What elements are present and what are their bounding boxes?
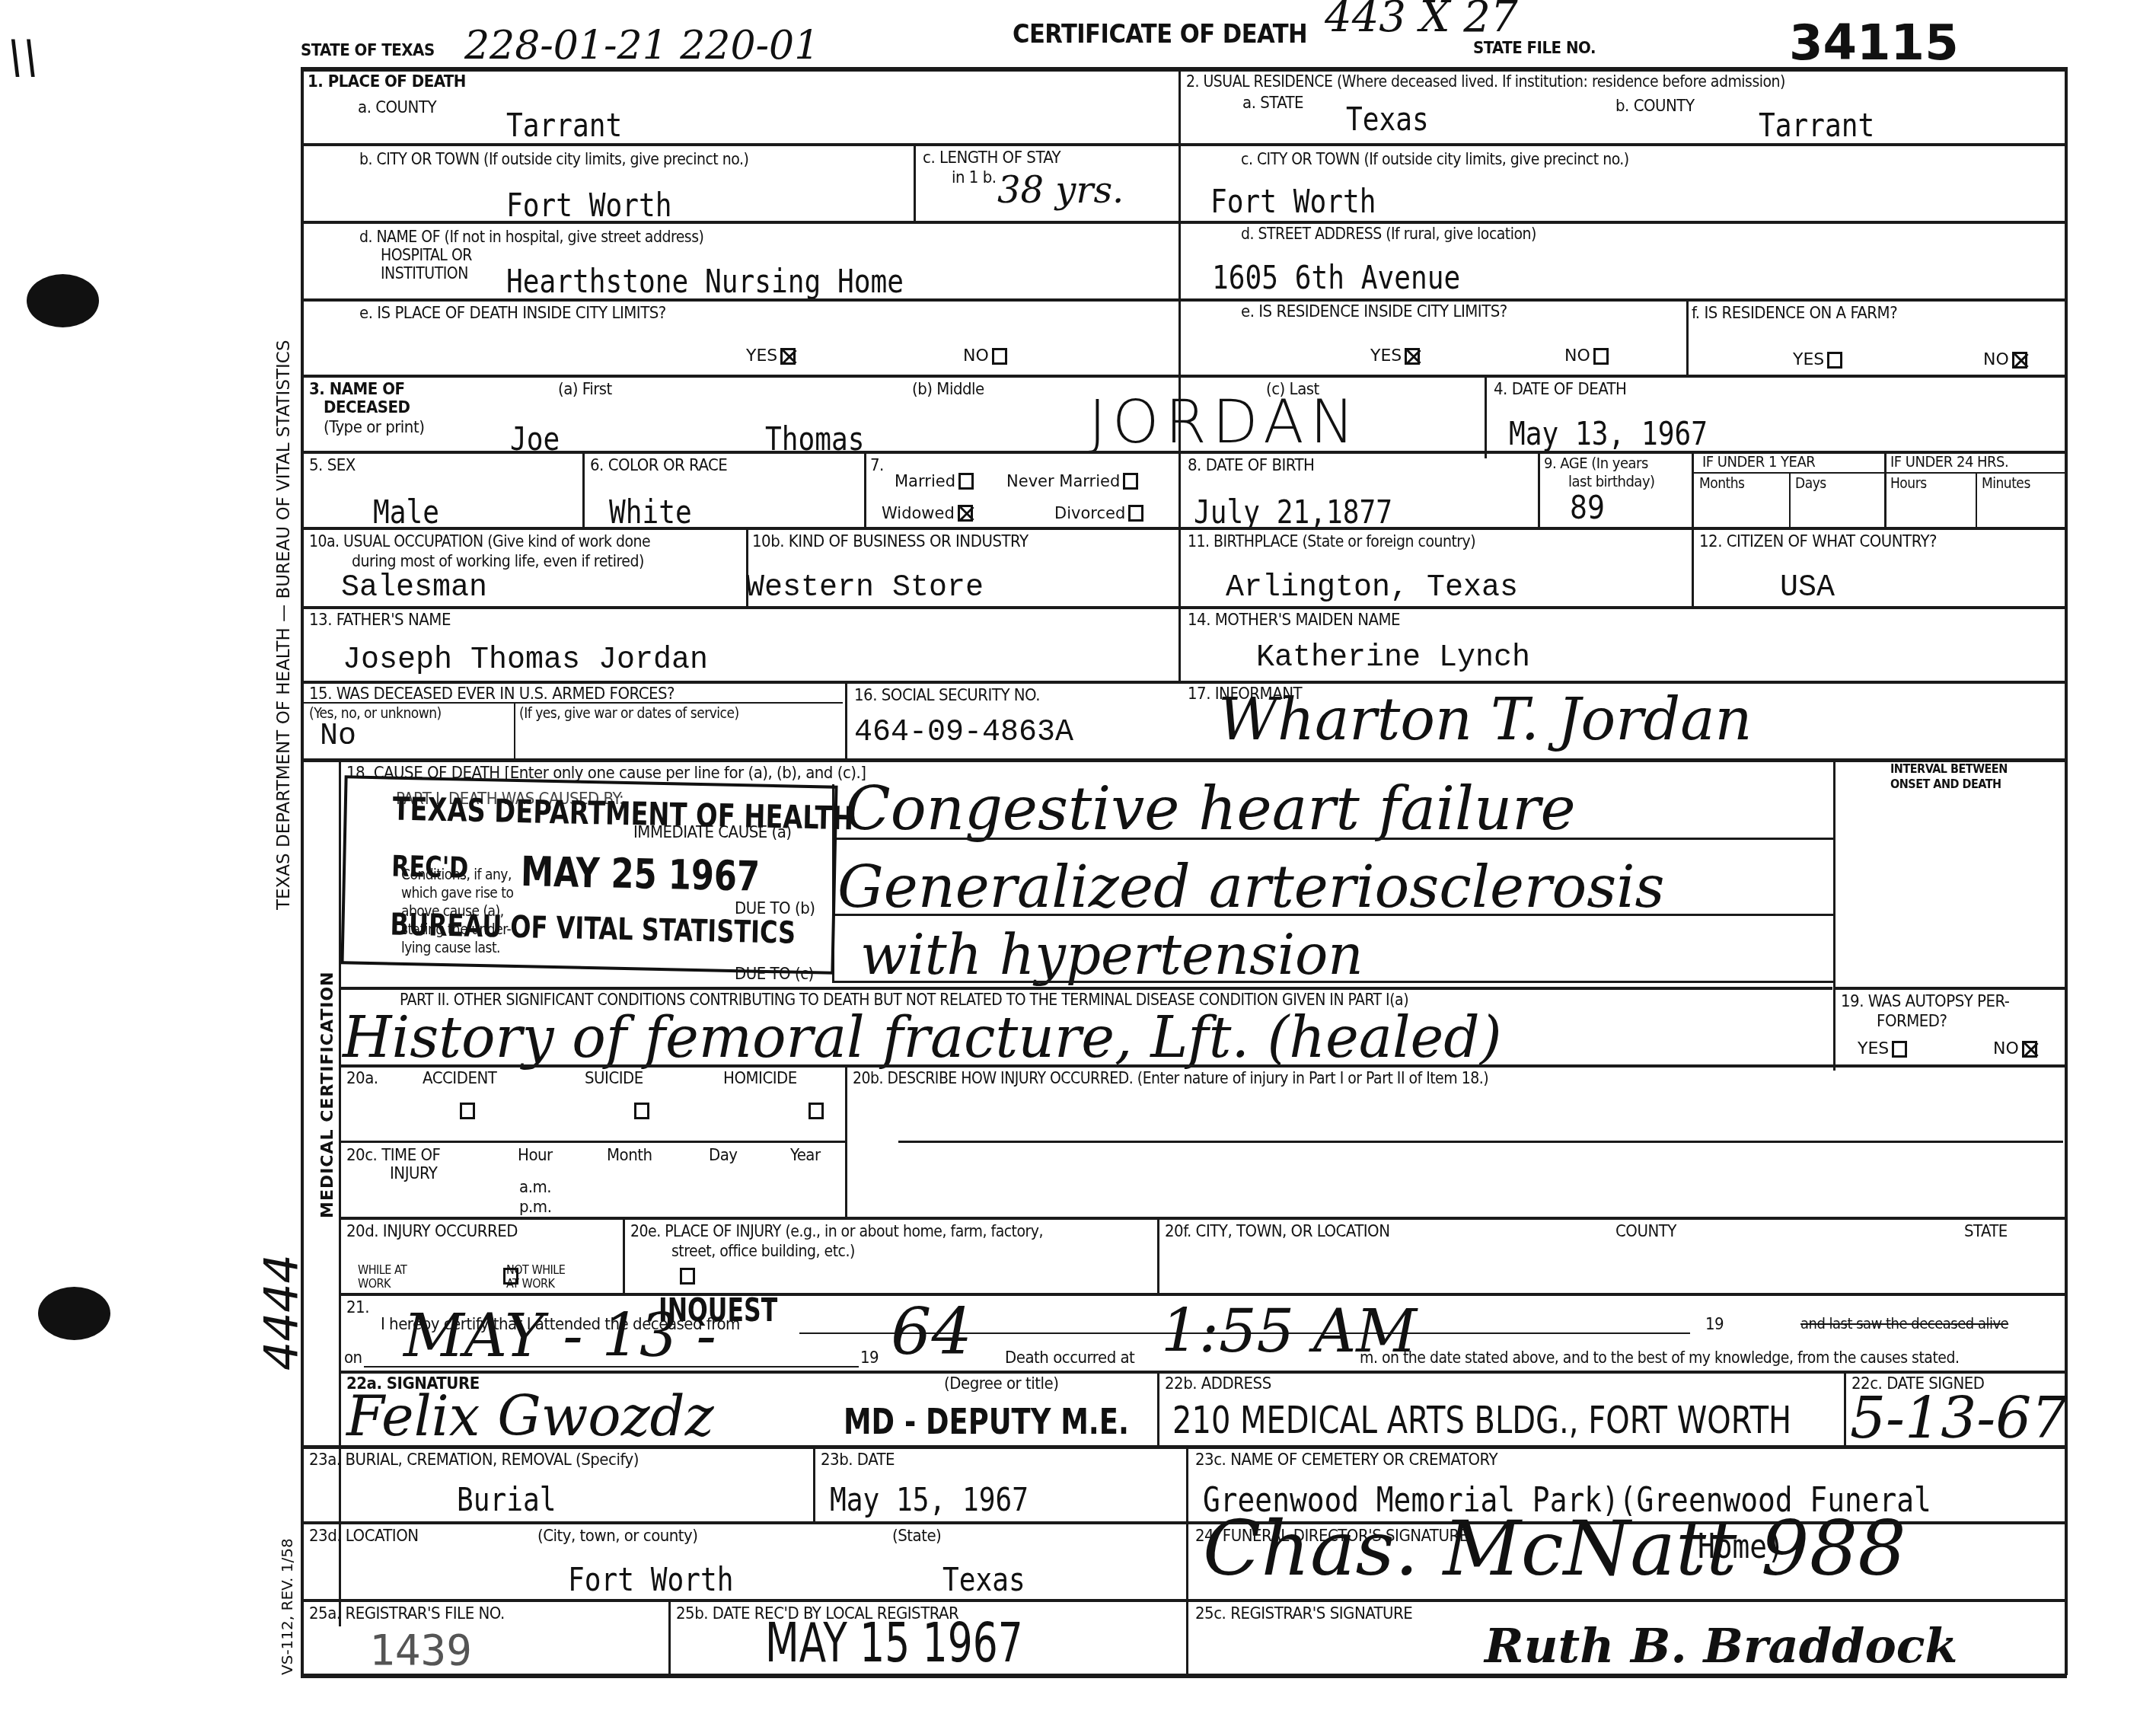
- rule-armed: [302, 702, 843, 704]
- father-name: Joseph Thomas Jordan: [343, 643, 708, 678]
- farm-yes[interactable]: YES: [1793, 350, 1842, 369]
- while-at-work-label-2: WORK: [358, 1278, 391, 1291]
- checkbox-empty[interactable]: [1128, 505, 1143, 522]
- checkbox-empty[interactable]: [1827, 352, 1842, 369]
- injury-city-label: 20f. CITY, TOWN, OR LOCATION: [1165, 1223, 1389, 1240]
- county-label: a. COUNTY: [358, 99, 436, 116]
- social-security-number: 464-09-4863A: [854, 716, 1073, 750]
- received-stamp: TEXAS DEPARTMENT OF HEALTH REC'D MAY 25 …: [340, 775, 837, 975]
- marital-label: 7.: [870, 457, 884, 474]
- divider-farm: [1686, 298, 1689, 375]
- state-file-label: STATE FILE NO.: [1473, 40, 1596, 57]
- divider-minutes: [1976, 472, 1977, 527]
- institution-label: d. NAME OF (If not in hospital, give str…: [359, 228, 703, 245]
- month-label: Month: [607, 1147, 652, 1164]
- rule-6: [302, 527, 2065, 530]
- cause-rule-c: [832, 981, 1834, 983]
- sex-label: 5. SEX: [309, 457, 356, 474]
- industry-label: 10b. KIND OF BUSINESS OR INDUSTRY: [752, 533, 1028, 551]
- cause-line-b: Generalized arteriosclerosis: [837, 853, 1665, 921]
- certify-line-2: [364, 1366, 859, 1368]
- accident-checkbox[interactable]: [460, 1103, 475, 1119]
- stamp-line-3: BUREAU OF VITAL STATISTICS: [390, 908, 796, 951]
- mother-name: Katherine Lynch: [1256, 641, 1530, 675]
- while-at-work-label: WHILE AT: [358, 1264, 407, 1277]
- armed-forces-answer: No: [320, 720, 356, 754]
- street-address-label: d. STREET ADDRESS (If rural, give locati…: [1241, 225, 1536, 242]
- divider-dod: [1485, 375, 1487, 458]
- last-saw-text: and last saw the deceased alive: [1800, 1316, 2008, 1332]
- institution-label-3: INSTITUTION: [381, 265, 468, 282]
- burial-date: May 15, 1967: [830, 1481, 1029, 1518]
- divider-citizen: [1692, 527, 1694, 606]
- cause-inner-left: [339, 758, 341, 1626]
- suicide-checkbox[interactable]: [634, 1103, 649, 1119]
- armed-forces-label: 15. WAS DECEASED EVER IN U.S. ARMED FORC…: [309, 685, 675, 703]
- divider-burial-date: [813, 1445, 815, 1521]
- physician-address: 210 MEDICAL ARTS BLDG., FORT WORTH: [1172, 1398, 1791, 1442]
- divider-age: [1538, 451, 1540, 527]
- physician-signature: Felix Gwozdz: [346, 1384, 714, 1448]
- divider-interval: [1833, 758, 1835, 1071]
- rule-16: [302, 1599, 2065, 1602]
- divider-place: [623, 1217, 625, 1293]
- death-city: Fort Worth: [506, 187, 671, 224]
- middle-name-label: (b) Middle: [912, 381, 984, 398]
- rule-11: [339, 1217, 2065, 1220]
- manner-label: 20a.: [346, 1070, 378, 1087]
- autopsy-label-2: FORMED?: [1877, 1013, 1947, 1030]
- residence-city: Fort Worth: [1210, 183, 1376, 220]
- occupation-label-2: during most of working life, even if ret…: [352, 553, 644, 570]
- not-while-at-work-checkbox[interactable]: [680, 1268, 695, 1285]
- residence-county: Tarrant: [1759, 107, 1874, 144]
- date-of-death-label: 4. DATE OF DEATH: [1494, 381, 1627, 398]
- autopsy-yes[interactable]: YES: [1858, 1039, 1907, 1058]
- divider-date-signed: [1844, 1371, 1846, 1445]
- form-number: VS-112, REV. 1/58: [278, 1538, 296, 1675]
- date-of-death: May 13, 1967: [1509, 415, 1708, 452]
- sex: Male: [373, 493, 439, 531]
- location-city: Fort Worth: [568, 1561, 733, 1598]
- rule-under: [1692, 472, 2065, 474]
- age: 89: [1570, 489, 1605, 526]
- punch-hole-top: [27, 274, 99, 327]
- handwritten-codes: 228-01-21 220-01: [464, 23, 819, 69]
- divider-describe: [845, 1064, 847, 1217]
- interval-label-1: INTERVAL BETWEEN: [1890, 763, 2008, 776]
- cemetery-label: 23c. NAME OF CEMETERY OR CREMATORY: [1195, 1451, 1497, 1469]
- disposition-label: 23a. BURIAL, CREMATION, REMOVAL (Specify…: [309, 1451, 639, 1469]
- margin-scrawl-top: \\: [8, 30, 38, 84]
- handwritten-reference: 443 X 27: [1325, 0, 1518, 42]
- occupation-label: 10a. USUAL OCCUPATION (Give kind of work…: [309, 533, 650, 550]
- address-label: 22b. ADDRESS: [1165, 1375, 1271, 1393]
- year-label: Year: [790, 1147, 821, 1164]
- residence-inside-city-yes[interactable]: YES: [1370, 346, 1420, 365]
- divider-registrar-date: [668, 1599, 671, 1675]
- part2-conditions: History of femoral fracture, Lft. (heale…: [343, 1005, 1502, 1071]
- location-state-label: (State): [892, 1527, 941, 1545]
- age-label: 9. AGE (In years: [1544, 455, 1648, 471]
- injury-state-label: STATE: [1964, 1223, 2008, 1240]
- registrar-signature: Ruth B. Braddock: [1485, 1618, 1957, 1674]
- registrar-signature-label: 25c. REGISTRAR'S SIGNATURE: [1195, 1605, 1412, 1623]
- place-of-injury-label-2: street, office building, etc.): [671, 1243, 855, 1259]
- form-top-border: [301, 67, 2067, 72]
- disposition-method: Burial: [457, 1481, 556, 1518]
- divider-marital: [864, 451, 866, 527]
- under-24-hrs-label: IF UNDER 24 HRS.: [1890, 454, 2008, 470]
- rule-2: [302, 221, 2065, 224]
- street-address: 1605 6th Avenue: [1212, 259, 1460, 296]
- divider-injury-city: [1157, 1217, 1159, 1293]
- length-of-stay-sublabel: in 1 b.: [952, 169, 997, 187]
- rule-12: [339, 1293, 2065, 1296]
- farm-no[interactable]: NO: [1983, 350, 2027, 369]
- rule-10: [339, 1064, 2065, 1068]
- form-left-border: [301, 67, 304, 1675]
- certificate-title: CERTIFICATE OF DEATH: [1013, 21, 1307, 49]
- age-label-2: last birthday): [1568, 474, 1655, 490]
- location-city-label: (City, town, or county): [537, 1527, 698, 1545]
- cause-rule-b: [832, 914, 1834, 916]
- burial-date-label: 23b. DATE: [821, 1451, 895, 1469]
- checkbox-checked[interactable]: [780, 348, 796, 365]
- registrar-file-number: 1439: [369, 1626, 472, 1675]
- day-label: Day: [709, 1147, 738, 1164]
- marital-never-married[interactable]: Never Married: [1006, 472, 1138, 490]
- homicide-checkbox[interactable]: [808, 1103, 824, 1119]
- residence-county-label: b. COUNTY: [1615, 97, 1695, 115]
- date-of-birth: July 21,1877: [1194, 493, 1392, 531]
- divider-cemetery: [1186, 1445, 1188, 1675]
- am-label: a.m.: [519, 1179, 551, 1196]
- attended-year: 64: [891, 1294, 972, 1369]
- certify-tail-text: m. on the date stated above, and to the …: [1360, 1349, 1959, 1366]
- residence-city-label: c. CITY OR TOWN (If outside city limits,…: [1241, 151, 1629, 168]
- marital-divorced[interactable]: Divorced: [1054, 504, 1143, 522]
- divider-days: [1789, 472, 1791, 527]
- registrar-file-label: 25a. REGISTRAR'S FILE NO.: [309, 1605, 505, 1623]
- certification-item-label: 21.: [346, 1299, 369, 1316]
- time-of-injury-label-2: INJURY: [390, 1165, 437, 1182]
- months-label: Months: [1699, 477, 1744, 492]
- residence-label: 2. USUAL RESIDENCE (Where deceased lived…: [1186, 73, 1785, 90]
- race: White: [609, 493, 692, 531]
- place-of-death-label: 1. PLACE OF DEATH: [308, 73, 466, 91]
- rule-3: [302, 298, 2065, 302]
- form-bottom-border: [301, 1674, 2067, 1678]
- farm-label: f. IS RESIDENCE ON A FARM?: [1692, 305, 1897, 322]
- accident-label: ACCIDENT: [423, 1070, 496, 1087]
- divider-address: [1157, 1371, 1159, 1445]
- death-inside-city-yes[interactable]: YES: [746, 346, 796, 365]
- dob-label: 8. DATE OF BIRTH: [1188, 457, 1315, 474]
- industry: Western Store: [746, 571, 984, 605]
- stamp-date: MAY 25 1967: [520, 847, 760, 901]
- hours-label: Hours: [1890, 477, 1927, 492]
- divider-under-1: [1692, 451, 1694, 527]
- medical-certification-margin-text: MEDICAL CERTIFICATION: [318, 971, 337, 1218]
- name-label-3: (Type or print): [324, 419, 424, 436]
- cause-rule-a: [832, 838, 1834, 840]
- residence-inside-city-no[interactable]: NO: [1564, 346, 1609, 365]
- divider-stay: [914, 143, 916, 221]
- homicide-label: HOMICIDE: [723, 1070, 797, 1087]
- department-margin-text: TEXAS DEPARTMENT OF HEALTH — BUREAU OF V…: [274, 340, 294, 911]
- hour-label: Hour: [518, 1147, 553, 1164]
- rule-7: [302, 606, 2065, 609]
- length-of-stay-label: c. LENGTH OF STAY: [923, 149, 1060, 167]
- interval-label-2: ONSET AND DEATH: [1890, 778, 2001, 791]
- funeral-director-signature: Chas. McNatt 988: [1203, 1504, 1906, 1593]
- autopsy-label: 19. WAS AUTOPSY PER-: [1841, 993, 2010, 1010]
- rule-part2: [339, 987, 1832, 990]
- minutes-label: Minutes: [1982, 477, 2030, 492]
- first-name-label: (a) First: [558, 381, 612, 398]
- cause-line-c: with hypertension: [860, 923, 1363, 987]
- checkbox-empty[interactable]: [1123, 473, 1138, 490]
- checkbox-checked[interactable]: [2012, 352, 2027, 369]
- armed-service-label: (If yes, give war or dates of service): [519, 707, 739, 722]
- divider-ssn: [845, 681, 847, 760]
- location-label: 23d. LOCATION: [309, 1527, 419, 1545]
- injury-county-label: COUNTY: [1615, 1223, 1676, 1240]
- date-signed: 5-13-67: [1850, 1386, 2067, 1451]
- pm-label: p.m.: [519, 1198, 551, 1216]
- occupation: Salesman: [341, 571, 487, 605]
- on-label: on: [344, 1349, 362, 1367]
- cause-line-a: Congestive heart failure: [845, 775, 1576, 844]
- divider-armed-service: [514, 702, 515, 760]
- attended-date: MAY - 13 -: [403, 1302, 716, 1371]
- location-state: Texas: [942, 1561, 1025, 1598]
- checkbox-empty[interactable]: [1593, 348, 1609, 365]
- stamp-recd: REC'D: [391, 850, 469, 885]
- checkbox-empty[interactable]: [958, 473, 974, 490]
- death-occurred-label: Death occurred at: [1005, 1349, 1134, 1367]
- punch-hole-bottom: [38, 1287, 110, 1340]
- marital-widowed[interactable]: Widowed: [882, 504, 973, 522]
- rule-describe: [898, 1141, 2063, 1143]
- not-while-at-work-label-2: AT WORK: [506, 1278, 554, 1291]
- rule-autopsy: [1833, 987, 2065, 990]
- degree-label: (Degree or title): [944, 1375, 1058, 1393]
- registrar-date: MAY 15 1967: [765, 1610, 1023, 1674]
- informant-signature: Wharton T. Jordan: [1218, 685, 1752, 753]
- stamp-line-1: TEXAS DEPARTMENT OF HEALTH: [392, 790, 854, 838]
- rule-1: [302, 143, 2065, 146]
- rule-14: [302, 1445, 2065, 1449]
- checkbox-checked[interactable]: [2022, 1041, 2037, 1058]
- autopsy-no[interactable]: NO: [1993, 1039, 2037, 1058]
- institution-label-2: HOSPITAL OR: [381, 247, 472, 263]
- place-of-injury-label: 20e. PLACE OF INJURY (e.g., in or about …: [630, 1223, 1043, 1240]
- checkbox-checked[interactable]: [1405, 348, 1420, 365]
- checkbox-empty[interactable]: [992, 348, 1007, 365]
- residence-state-label: a. STATE: [1242, 94, 1303, 112]
- year-prefix: 19: [860, 1349, 879, 1367]
- death-inside-city-label: e. IS PLACE OF DEATH INSIDE CITY LIMITS?: [359, 305, 666, 322]
- rule-8: [302, 681, 2065, 684]
- race-label: 6. COLOR OR RACE: [590, 457, 727, 474]
- describe-label: 20b. DESCRIBE HOW INJURY OCCURRED. (Ente…: [853, 1070, 1488, 1087]
- citizen: USA: [1780, 571, 1835, 605]
- days-label: Days: [1795, 477, 1826, 492]
- mother-label: 14. MOTHER'S MAIDEN NAME: [1188, 611, 1400, 629]
- ssn-label: 16. SOCIAL SECURITY NO.: [854, 687, 1040, 704]
- divider-under-24: [1884, 451, 1886, 527]
- rule-13: [339, 1371, 2065, 1374]
- citizen-label: 12. CITIZEN OF WHAT COUNTRY?: [1699, 533, 1937, 551]
- name-label-2: DECEASED: [324, 399, 410, 416]
- suicide-label: SUICIDE: [585, 1070, 643, 1087]
- death-inside-city-no[interactable]: NO: [963, 346, 1007, 365]
- last-name: JORDAN: [1089, 388, 1360, 457]
- checkbox-empty[interactable]: [1892, 1041, 1907, 1058]
- injury-occurred-label: 20d. INJURY OCCURRED: [346, 1223, 518, 1240]
- checkbox-checked[interactable]: [958, 505, 973, 522]
- birthplace: Arlington, Texas: [1226, 571, 1518, 605]
- death-county: Tarrant: [506, 107, 622, 144]
- residence-inside-city-label: e. IS RESIDENCE INSIDE CITY LIMITS?: [1241, 303, 1507, 321]
- under-1-year-label: IF UNDER 1 YEAR: [1702, 454, 1815, 470]
- rule-9: [302, 758, 2065, 762]
- length-of-stay: 38 yrs.: [997, 169, 1124, 212]
- residence-state: Texas: [1346, 101, 1429, 138]
- divider-race: [582, 451, 585, 527]
- year-prefix-2: 19: [1705, 1316, 1724, 1333]
- not-while-at-work-label: NOT WHILE: [506, 1264, 565, 1277]
- marital-married[interactable]: Married: [895, 472, 974, 490]
- time-of-injury-label: 20c. TIME OF: [346, 1147, 440, 1164]
- name-label: 3. NAME OF: [309, 381, 405, 398]
- institution-name: Hearthstone Nursing Home: [506, 263, 904, 300]
- birthplace-label: 11. BIRTHPLACE (State or foreign country…: [1188, 533, 1475, 550]
- degree-title: MD - DEPUTY M.E.: [844, 1401, 1129, 1442]
- state-label: STATE OF TEXAS: [301, 42, 435, 59]
- death-city-label: b. CITY OR TOWN (If outside city limits,…: [359, 151, 748, 168]
- rule-4: [302, 375, 2065, 378]
- rule-time: [339, 1141, 845, 1143]
- father-label: 13. FATHER'S NAME: [309, 611, 451, 629]
- state-file-number: 34115: [1789, 15, 1959, 72]
